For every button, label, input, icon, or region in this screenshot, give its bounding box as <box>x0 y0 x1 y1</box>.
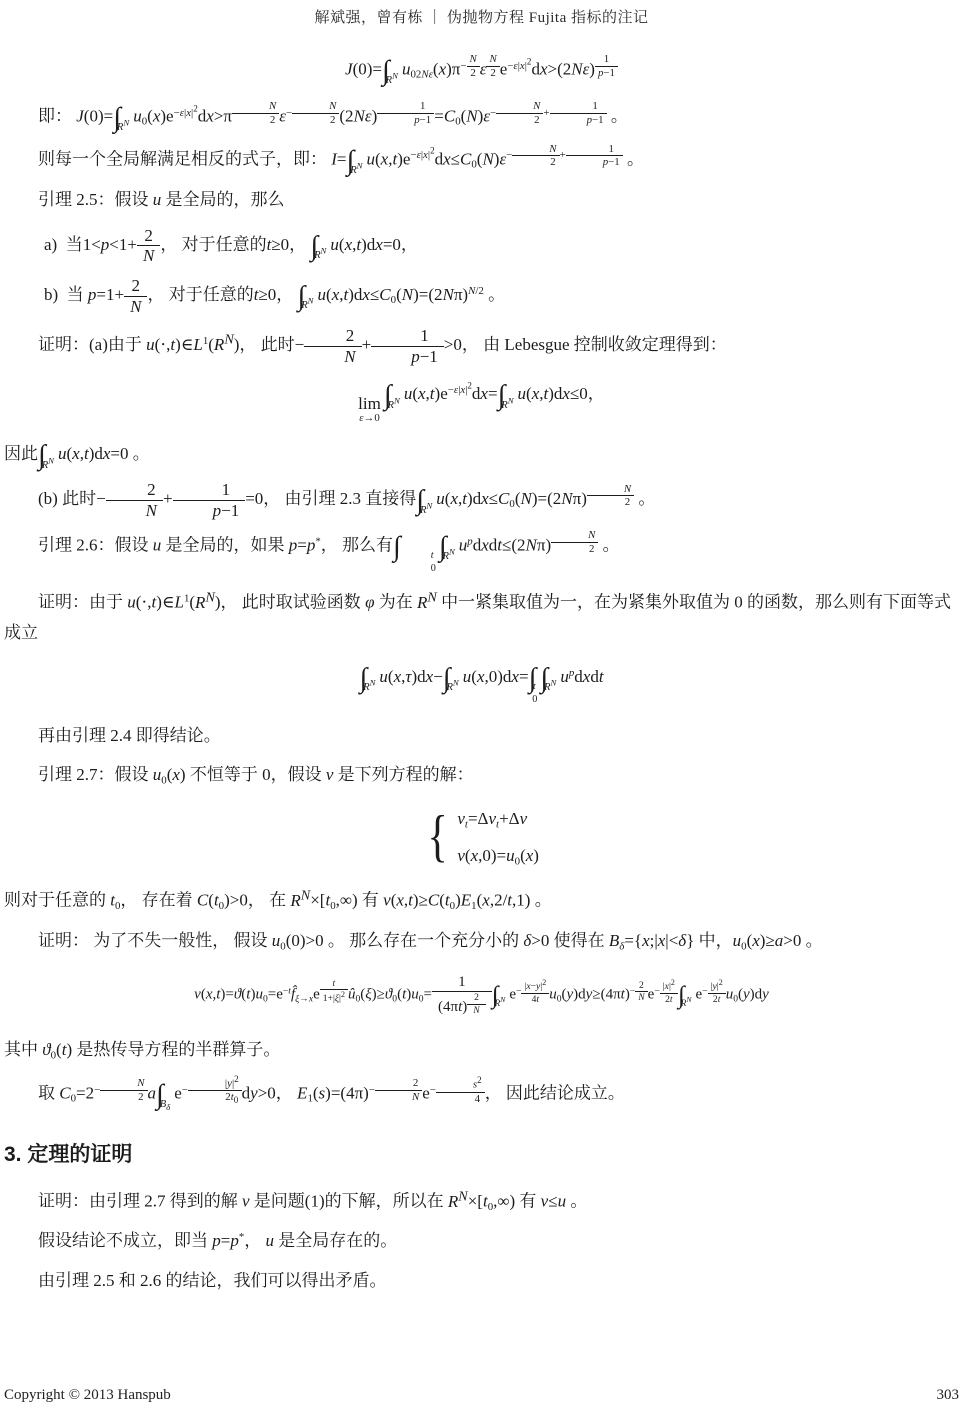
paragraph-then-for-any-t0: 则对于任意的 t0， 存在着 C(t0)>0， 在 RN×[t0,∞) 有 v(… <box>4 883 959 916</box>
paragraph-therefore: 因此∫RNu(x,t)dx=0 。 <box>4 439 959 471</box>
display-formula-identity: ∫RNu(x,τ)dx−∫RNu(x,0)dx=∫τ0∫RNupdxdt <box>4 663 959 707</box>
paper-page: 解斌强，曾有栋 ｜ 伪抛物方程 Fujita 指标的注记 J(0)=∫RNu02… <box>0 0 963 1296</box>
list-item-b: b) 当 p=1+2N， 对于任意的t≥0， ∫RNu(x,t)dx≤C0(N)… <box>44 276 959 316</box>
paragraph-proof-theorem-1: 证明：由引理 2.7 得到的解 v 是问题(1)的下解，所以在 RN×[t0,∞… <box>4 1184 959 1217</box>
paragraph-proof-a: 证明：(a)由于 u(⋅,t)∈L1(RN)， 此时−2N+1p−1>0， 由 … <box>4 326 959 366</box>
display-formula-v-estimate: v(x,t)=ϑ(t)u0=e−tf̂ξ→xet1+|ξ|2û0(ξ)≥ϑ0(t… <box>4 974 959 1017</box>
page-footer: Copyright © 2013 Hanspub 303 <box>4 1387 959 1404</box>
section-heading-proof-of-theorem: 3. 定理的证明 <box>4 1138 959 1168</box>
display-formula-J0-first: J(0)=∫RNu02Nε(x)π−N2εN2e−ε|x|2dx>(2Nε)1p… <box>4 53 959 86</box>
display-formula-cases: {vt=Δvt+Δvv(x,0)=u0(x) <box>4 805 959 869</box>
paragraph-proof-b: (b) 此时−2N+1p−1=0， 由引理 2.3 直接得∫RNu(x,t)dx… <box>4 480 959 520</box>
paragraph-proof-2-7: 证明： 为了不失一般性， 假设 u0(0)>0 。 那么存在一个充分小的 δ>0… <box>4 926 959 957</box>
paragraph-global-opposite: 则每一个全局解满足相反的式子，即： I=∫RNu(x,t)e−ε|x|2dx≤C… <box>4 143 959 176</box>
paragraph-take-C0: 取 C0=2−N2a∫Bδe−|y|22t0dy>0， E1(s)=(4π)−2… <box>4 1074 959 1112</box>
paragraph-lemma-2-6: 引理 2.6：假设 u 是全局的，如果 p=p*， 那么有∫t0∫RNupdxd… <box>4 529 959 576</box>
paragraph-lemma-2-7: 引理 2.7：假设 u0(x) 不恒等于 0，假设 v 是下列方程的解： <box>4 760 959 791</box>
running-head-title: 解斌强，曾有栋 ｜ 伪抛物方程 Fujita 指标的注记 <box>4 6 959 27</box>
paragraph-ji-J0: 即： J(0)=∫RNu0(x)e−ε|x|2dx>πN2ε−N2(2Nε)1p… <box>4 100 959 133</box>
display-formula-limit: limε→0∫RNu(x,t)e−ε|x|2dx=∫RNu(x,t)dx≤0， <box>4 380 959 425</box>
paragraph-proof-theorem-3: 由引理 2.5 和 2.6 的结论，我们可以得出矛盾。 <box>4 1266 959 1297</box>
paragraph-proof-theorem-2: 假设结论不成立，即当 p=p*， u 是全局存在的。 <box>4 1226 959 1257</box>
paragraph-semigroup: 其中 ϑ0(t) 是热传导方程的半群算子。 <box>4 1035 959 1066</box>
paragraph-by-lemma-2-4: 再由引理 2.4 即得结论。 <box>4 721 959 752</box>
paragraph-lemma-2-5: 引理 2.5：假设 u 是全局的，那么 <box>4 185 959 216</box>
paragraph-proof-2-6: 证明：由于 u(⋅,t)∈L1(RN)， 此时取试验函数 φ 为在 RN 中一紧… <box>4 585 959 649</box>
footer-copyright: Copyright © 2013 Hanspub <box>4 1387 171 1404</box>
list-item-a: a) 当1<p<1+2N， 对于任意的t≥0， ∫RNu(x,t)dx=0， <box>44 226 959 266</box>
footer-page-number: 303 <box>937 1387 960 1404</box>
